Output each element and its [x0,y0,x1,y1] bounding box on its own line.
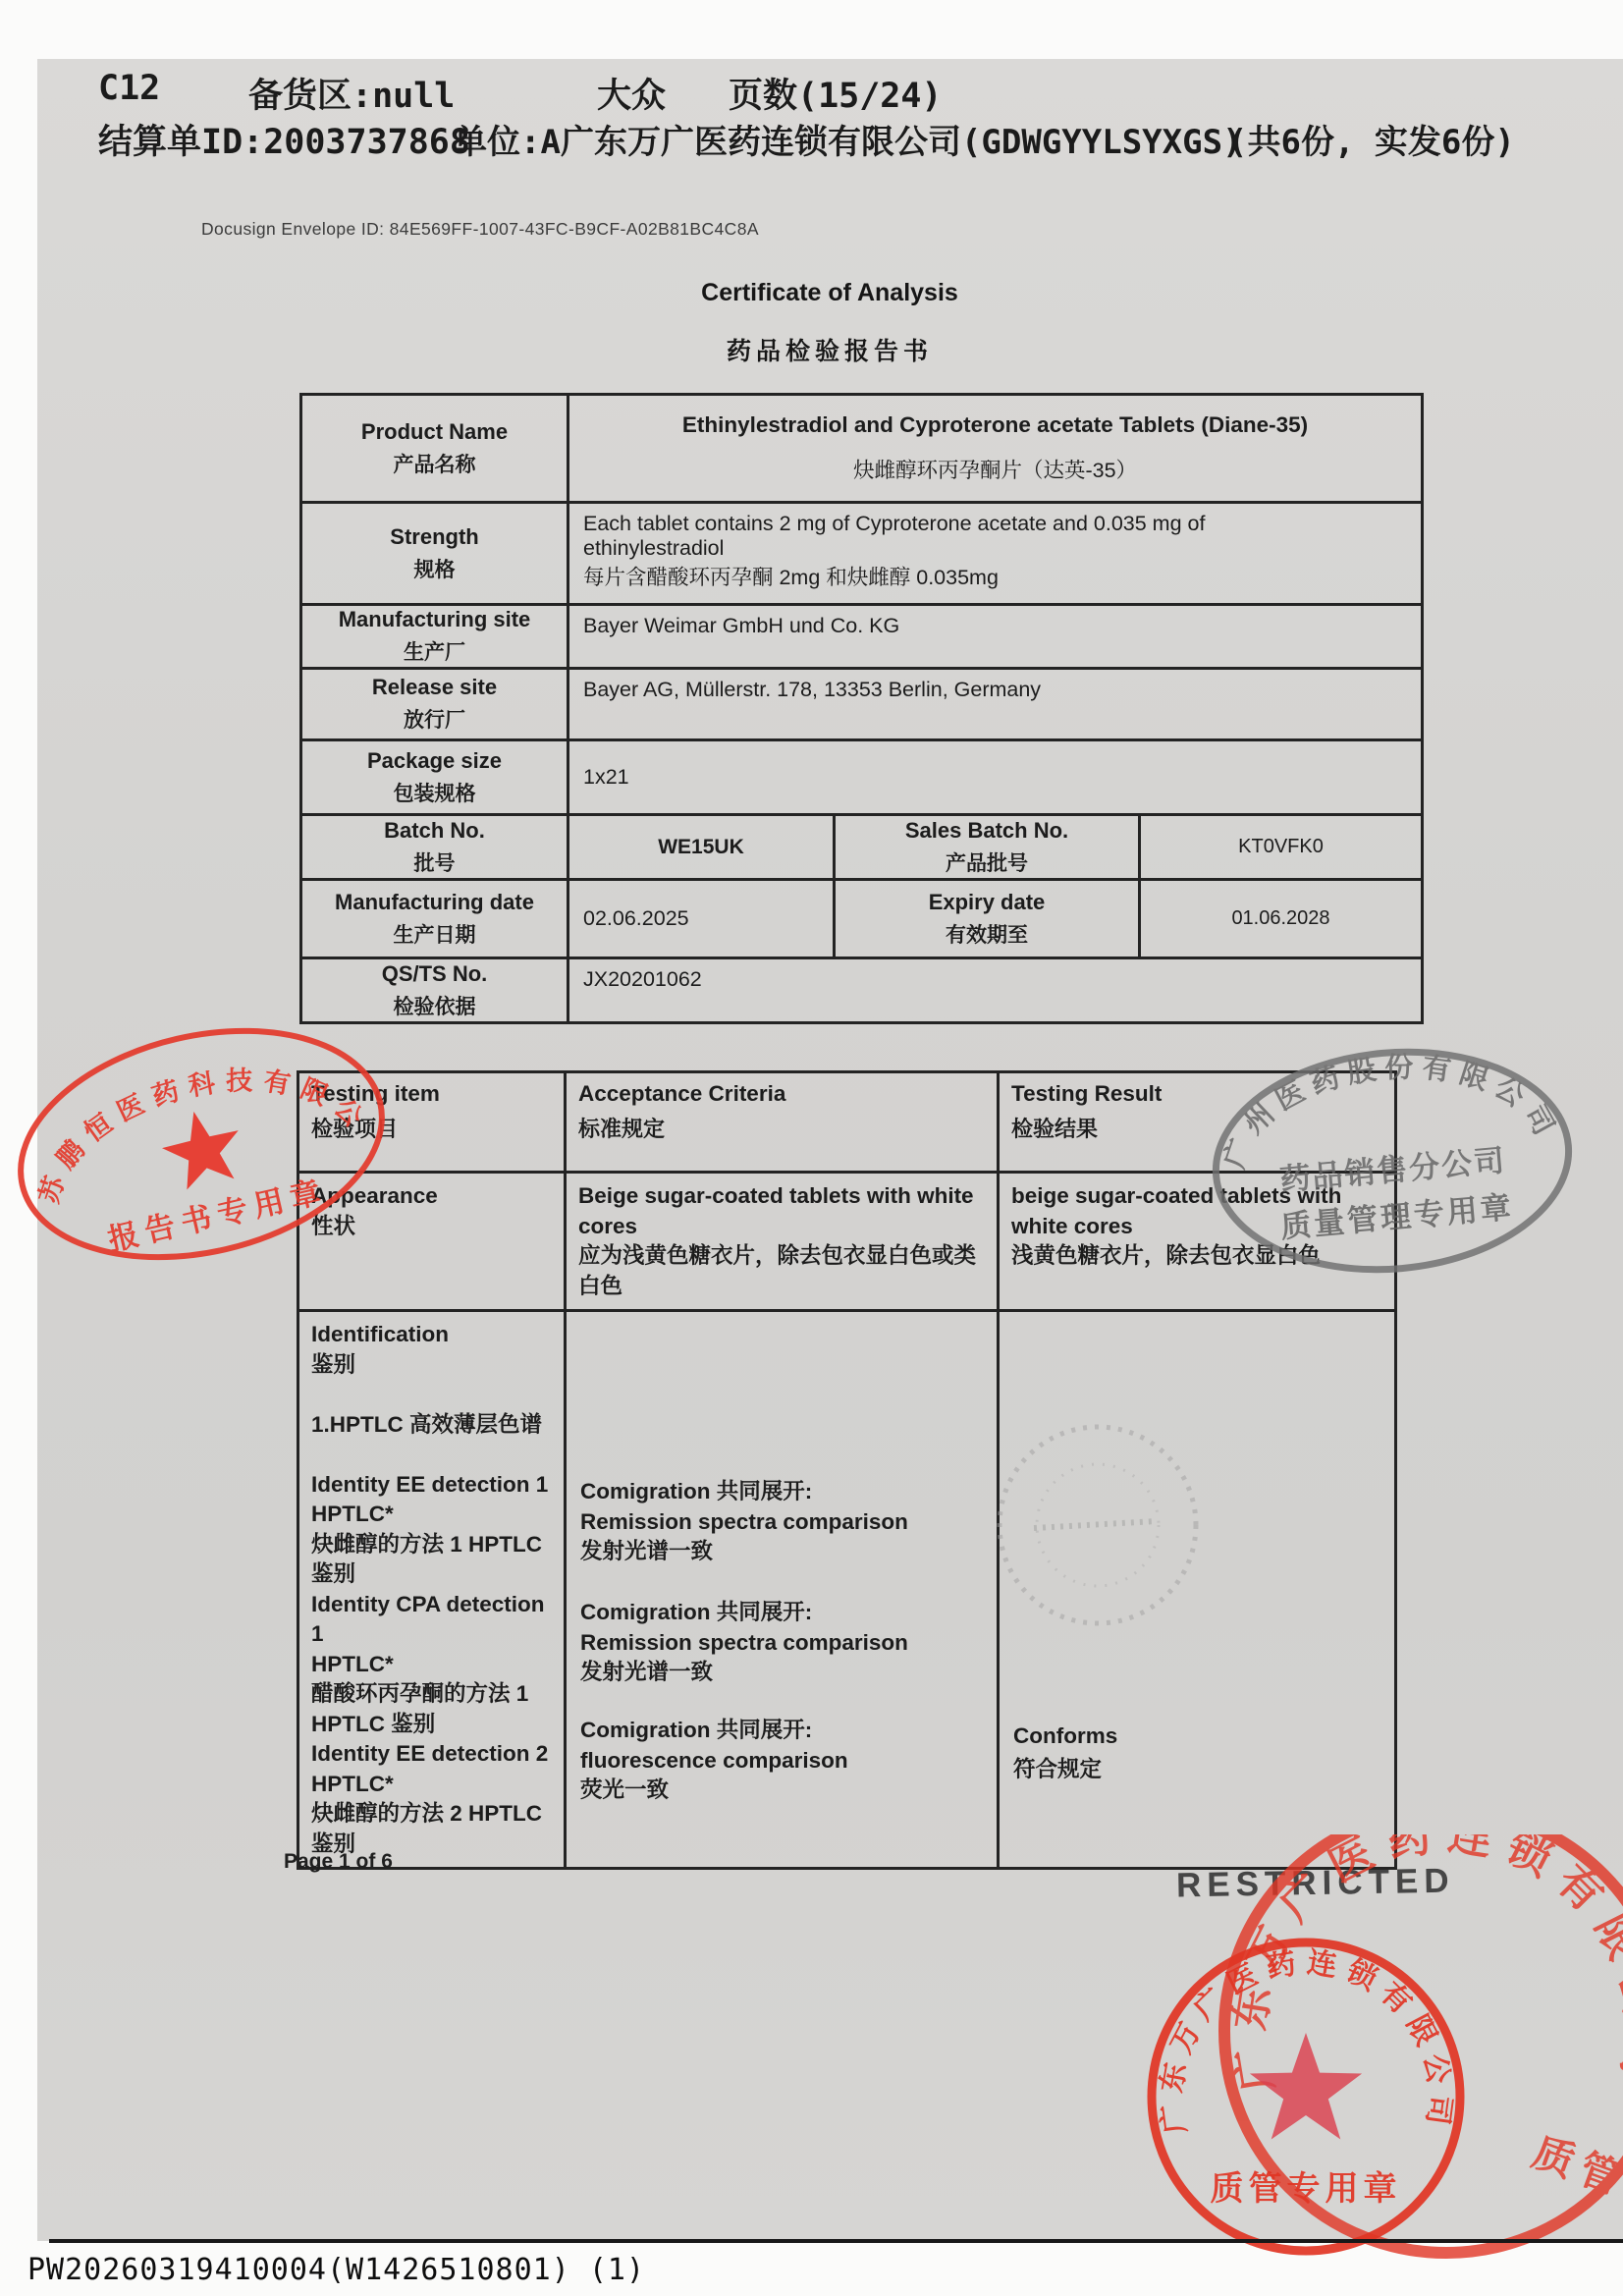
mfg-site-label-cn: 生产厂 [303,636,566,666]
product-name-value-cn: 炔雌醇环丙孕酮片（达英-35） [583,454,1407,484]
identification-criteria-3: Comigration 共同展开: fluorescence compariso… [580,1716,848,1806]
report-seal-stamp: 江苏鹏恒医药科技有限公司 报告书专用章 [0,1016,412,1291]
mfg-date-value: 02.06.2025 [568,880,835,958]
scanned-document: C12 备货区:null 大众 页数(15/24) 结算单ID:20037378… [0,0,1623,2296]
right-stamp-branch: 药品销售分公司 [1278,1143,1507,1197]
docusign-envelope-id: Docusign Envelope ID: 84E569FF-1007-43FC… [201,219,759,240]
package-size-label-cn: 包装规格 [303,778,566,807]
appearance-criteria-en: Beige sugar-coated tablets with white co… [578,1181,985,1241]
acceptance-criteria-header-en: Acceptance Criteria [578,1081,985,1107]
mfg-date-label-en: Manufacturing date [303,890,566,915]
package-size-value: 1x21 [568,740,1423,815]
identification-items: Identification 鉴别 1.HPTLC 高效薄层色谱 Identit… [311,1320,552,1859]
qsts-label-en: QS/TS No. [303,961,566,987]
product-name-label-en: Product Name [303,419,566,445]
sales-batch-label-cn: 产品批号 [837,847,1137,877]
mfg-site-label-en: Manufacturing site [303,607,566,632]
document-title-en: Certificate of Analysis [295,279,1365,307]
document-title-cn: 药品检验报告书 [295,332,1365,367]
product-name-label-cn: 产品名称 [303,449,566,478]
release-site-label-en: Release site [303,675,566,700]
header-channel: 大众 [597,69,666,118]
table-row: Release site 放行厂 Bayer AG, Müllerstr. 17… [301,669,1423,740]
strength-label-en: Strength [303,524,566,550]
acceptance-criteria-header-cn: 标准规定 [578,1113,985,1143]
table-row: Strength 规格 Each tablet contains 2 mg of… [301,503,1423,605]
expiry-date-label-cn: 有效期至 [837,919,1137,949]
table-row: Batch No. 批号 WE15UK Sales Batch No. 产品批号… [301,815,1423,880]
table-row: QS/TS No. 检验依据 JX20201062 [301,958,1423,1023]
header-copies: (共6份, 实发6份) [1227,115,1515,163]
qsts-label-cn: 检验依据 [303,991,566,1020]
mfg-date-label-cn: 生产日期 [303,919,566,949]
faint-round-stamp [975,1405,1220,1651]
header-settlement-id: 结算单ID:2003737868 [98,115,470,164]
identification-criteria-2: Comigration 共同展开: Remission spectra comp… [580,1598,908,1688]
table-row: Manufacturing site 生产厂 Bayer Weimar GmbH… [301,605,1423,669]
product-name-value-en: Ethinylestradiol and Cyproterone acetate… [583,412,1407,438]
sales-batch-value: KT0VFK0 [1140,815,1423,880]
header-stock-area: 备货区:null [248,69,455,118]
qsts-value: JX20201062 [568,958,1423,1023]
expiry-date-value: 01.06.2028 [1140,880,1423,958]
red-star-icon [155,1103,248,1193]
table-row: Manufacturing date 生产日期 02.06.2025 Expir… [301,880,1423,958]
release-site-label-cn: 放行厂 [303,704,566,734]
identification-criteria-1: Comigration 共同展开: Remission spectra comp… [580,1477,908,1567]
strength-label-cn: 规格 [303,554,566,583]
header-unit: 单位:A广东万广医药连锁有限公司(GDWGYYLSYXGS) [454,115,1243,163]
header-pages: 页数(15/24) [729,69,943,118]
table-row: Product Name 产品名称 Ethinylestradiol and C… [301,395,1423,503]
table-row: Identification 鉴别 1.HPTLC 高效薄层色谱 Identit… [298,1311,1396,1869]
batch-no-label-cn: 批号 [303,847,566,877]
right-stamp-label: 质量管理专用章 [1279,1189,1515,1244]
strength-value-en: Each tablet contains 2 mg of Cyproterone… [583,512,1407,561]
mfg-site-value: Bayer Weimar GmbH und Co. KG [568,605,1423,669]
page-number-label: Page 1 of 6 [284,1850,393,1874]
sales-batch-label-en: Sales Batch No. [837,818,1137,844]
package-size-label-en: Package size [303,748,566,774]
header-code: C12 [98,69,160,108]
batch-no-value: WE15UK [568,815,835,880]
product-info-table: Product Name 产品名称 Ethinylestradiol and C… [299,393,1424,1024]
identification-result: Conforms 符合规定 [1013,1720,1117,1786]
quality-management-seal-stamp: 广州医药股份有限公司 药品销售分公司 质量管理专用章 [1196,1031,1608,1306]
table-row: Package size 包装规格 1x21 [301,740,1423,815]
expiry-date-label-en: Expiry date [837,890,1137,915]
appearance-criteria-cn: 应为浅黄色糖衣片，除去包衣显白色或类白色 [578,1241,985,1301]
release-site-value: Bayer AG, Müllerstr. 178, 13353 Berlin, … [568,669,1423,740]
company-round-stamps: 广东万广医药连锁有限公司 质管专用章 广东万广医药连锁有限公司 质管专用章 [1108,1834,1623,2296]
strength-value-cn: 每片含醋酸环丙孕酮 2mg 和炔雌醇 0.035mg [583,561,1407,591]
batch-no-label-en: Batch No. [303,818,566,844]
left-stamp-label: 报告书专用章 [105,1174,331,1257]
inner-stamp-label: 质管专用章 [1211,2169,1402,2208]
paper-bottom-edge [49,2239,1623,2243]
scan-footer-code: PW20260319410004(W1426510801) (1) [27,2253,645,2287]
